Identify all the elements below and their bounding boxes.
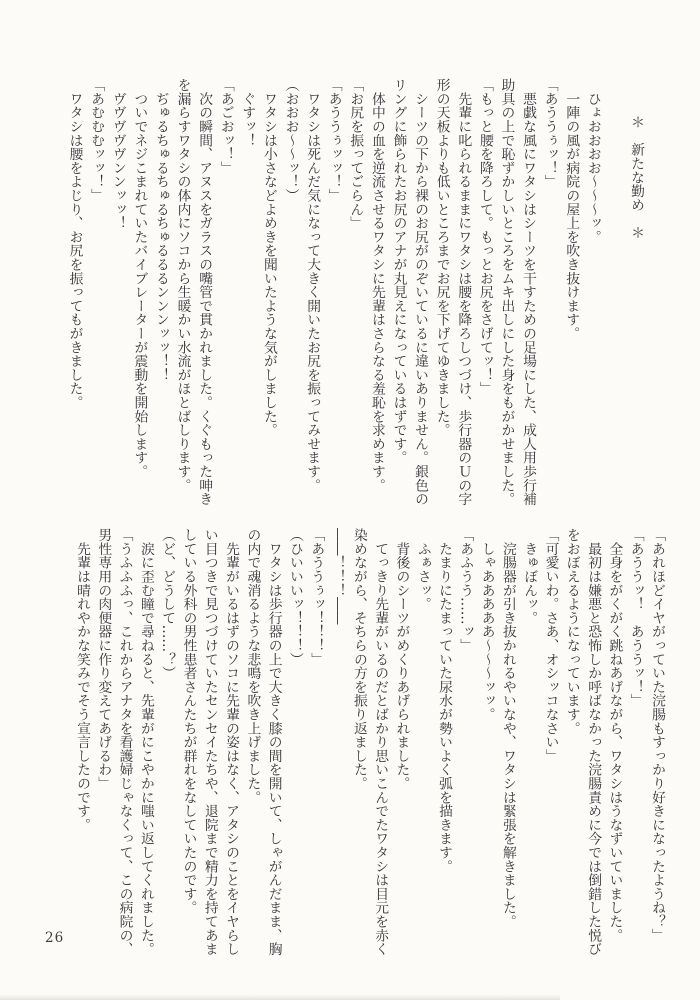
- text-line: ワタシは死んだ気になって大きく開いたお尻を振ってみせます。: [301, 78, 323, 492]
- text-line: をおぼえるようになっています。: [561, 528, 582, 735]
- text-line: い目つきで見つづけていたセンセイたちや、退院まで精力を持てあま: [198, 528, 219, 956]
- text-line: 「可愛いわ。さあ、オシッコなさい」: [539, 528, 560, 763]
- text-line: 男性専用の肉便器に作り変えてあげるわ」: [92, 528, 113, 790]
- text-line: 涙に歪む瞳で尋ねると、先輩がにこやかに嗤い返してくれました。: [135, 528, 156, 956]
- text-line: 「もっと腰を降ろして。もっとお尻をさげてッ！」: [473, 78, 495, 395]
- text-line: ひょおおおお～～～ッ。: [581, 78, 603, 244]
- bottom-text-block: 「あれほどイヤがっていた浣腸もすっかり好きになったようね？」「あううッ！ あうう…: [71, 528, 667, 956]
- text-line: 「あううぅッ！！！」: [305, 528, 326, 666]
- text-line: 全身をがくがく跳ねあげながら、ワタシはうなずいていました。: [603, 528, 624, 942]
- text-line: の内で魂消るような悲鳴を吹き上げました。: [241, 528, 262, 804]
- text-line: 「あむむむッッ！」: [85, 78, 107, 202]
- text-line: シーツの下から裸のお尻がのぞいているに違いありません。銀色の: [408, 78, 430, 506]
- text-line: 一陣の風が病院の屋上を吹き抜けます。: [560, 78, 582, 340]
- text-line: （おおお～～ッ！）: [279, 78, 301, 202]
- text-line: 「お尻を振ってごらん」: [344, 78, 366, 230]
- page-number: 26: [45, 930, 64, 946]
- text-line: 助具の上で恥ずかしいところをムキ出しにした身をもがかせました。: [495, 78, 517, 506]
- text-line: 最初は嫌悪と恐怖しか呼ばなかった浣腸責めに今では倒錯した悦び: [582, 528, 603, 956]
- text-line: （ど、どうして……？）: [156, 528, 177, 680]
- text-line: 「うふふふっ、これからアナタを看護婦じゃなくって、この病院の、: [113, 528, 134, 956]
- text-line: （ひいいいッ！！！）: [284, 528, 305, 666]
- text-line: している外科の男性患者さんたちが群れをなしていたのです。: [177, 528, 198, 914]
- text-line: 形の天板よりも低いところまでお尻を下げてゆきました。: [430, 78, 452, 437]
- text-line: リングに飾られたお尻のアナが丸見えになっているはずです。: [387, 78, 409, 464]
- text-line: 「あごおッ！」: [214, 78, 236, 175]
- text-line: 「あううぅッ！」: [538, 78, 560, 188]
- text-line: 次の瞬間、アヌスをガラスの嘴管で貫かれました。くぐもった呻き: [193, 78, 215, 506]
- text-line: 背後のシーツがめくりあげられました。: [390, 528, 411, 790]
- text-line: ついでネジこまれていたバイブレーターが震動を開始します。: [128, 78, 150, 478]
- text-line: 先輩に叱られるままにワタシは腰を降ろしつづけ、歩行器のＵの字: [452, 78, 474, 506]
- text-line: ワタシは腰をよじり、お尻を振ってもがきました。: [63, 78, 85, 409]
- text-line: 「あれほどイヤがっていた浣腸もすっかり好きになったようね？」: [646, 528, 667, 942]
- text-line: 「あううぅッッ！」: [322, 78, 344, 202]
- text-line: ふぁさッ。: [411, 528, 432, 611]
- text-line: を漏らすワタシの体内にソコから生暖かい水流がほとばしります。: [171, 78, 193, 492]
- text-line: ワタシは歩行器の上で大きく膝の間を開いて、しゃがんだまま、胸: [262, 528, 283, 956]
- text-line: きゅぼんッ。: [518, 528, 539, 625]
- text-line: ワタシは小さなどよめきを聞いたような気がしました。: [257, 78, 279, 437]
- text-line: たまりにたまっていた尿水が勢いよく弧を描きます。: [433, 528, 454, 873]
- text-line: 「あふうう……ッ」: [454, 528, 475, 652]
- text-line: しゃあああああ～～～ッッ。: [475, 528, 496, 721]
- text-line: 悪戯な風にワタシはシーツを干すための足場にした、成人用歩行補: [516, 78, 538, 506]
- text-line: 染めながら、そちらの方を振り返ました。: [348, 528, 369, 790]
- text-line: ぢゅるちゅるちゅるちゅるるるンンンッッ！！: [149, 78, 171, 382]
- text-line: 「あううッ！ あううッ！」: [624, 528, 645, 707]
- text-line: ヴヴヴヴヴンンッッ！: [106, 78, 128, 230]
- section-title: ＊ 新たな勤め ＊: [624, 78, 646, 239]
- top-text-block: ＊ 新たな勤め ＊ ひょおおおお～～～ッ。 一陣の風が病院の屋上を吹き抜けます。…: [63, 78, 646, 506]
- text-line: 先輩は晴れやかな笑みでそう宣言したのです。: [71, 528, 92, 832]
- text-line: 先輩がいるはずのソコに先輩の姿はなく、アタシのことをイヤらし: [220, 528, 241, 956]
- text-line: 体中の血を逆流させるワタシに先輩はさらなる羞恥を求めます。: [365, 78, 387, 492]
- text-line: ――！！！――: [326, 528, 347, 625]
- text-line: てっきり先輩がいるのだとばかり思いこんでたワタシは目元を赤く: [369, 528, 390, 956]
- scan-edge-shadow: [0, 994, 560, 1000]
- text-line: ぐすッ！: [236, 78, 258, 147]
- text-line: 浣腸器が引き抜かれるやいなや、ワタシは緊張を解きました。: [497, 528, 518, 928]
- scanned-page: ＊ 新たな勤め ＊ ひょおおおお～～～ッ。 一陣の風が病院の屋上を吹き抜けます。…: [0, 0, 700, 1000]
